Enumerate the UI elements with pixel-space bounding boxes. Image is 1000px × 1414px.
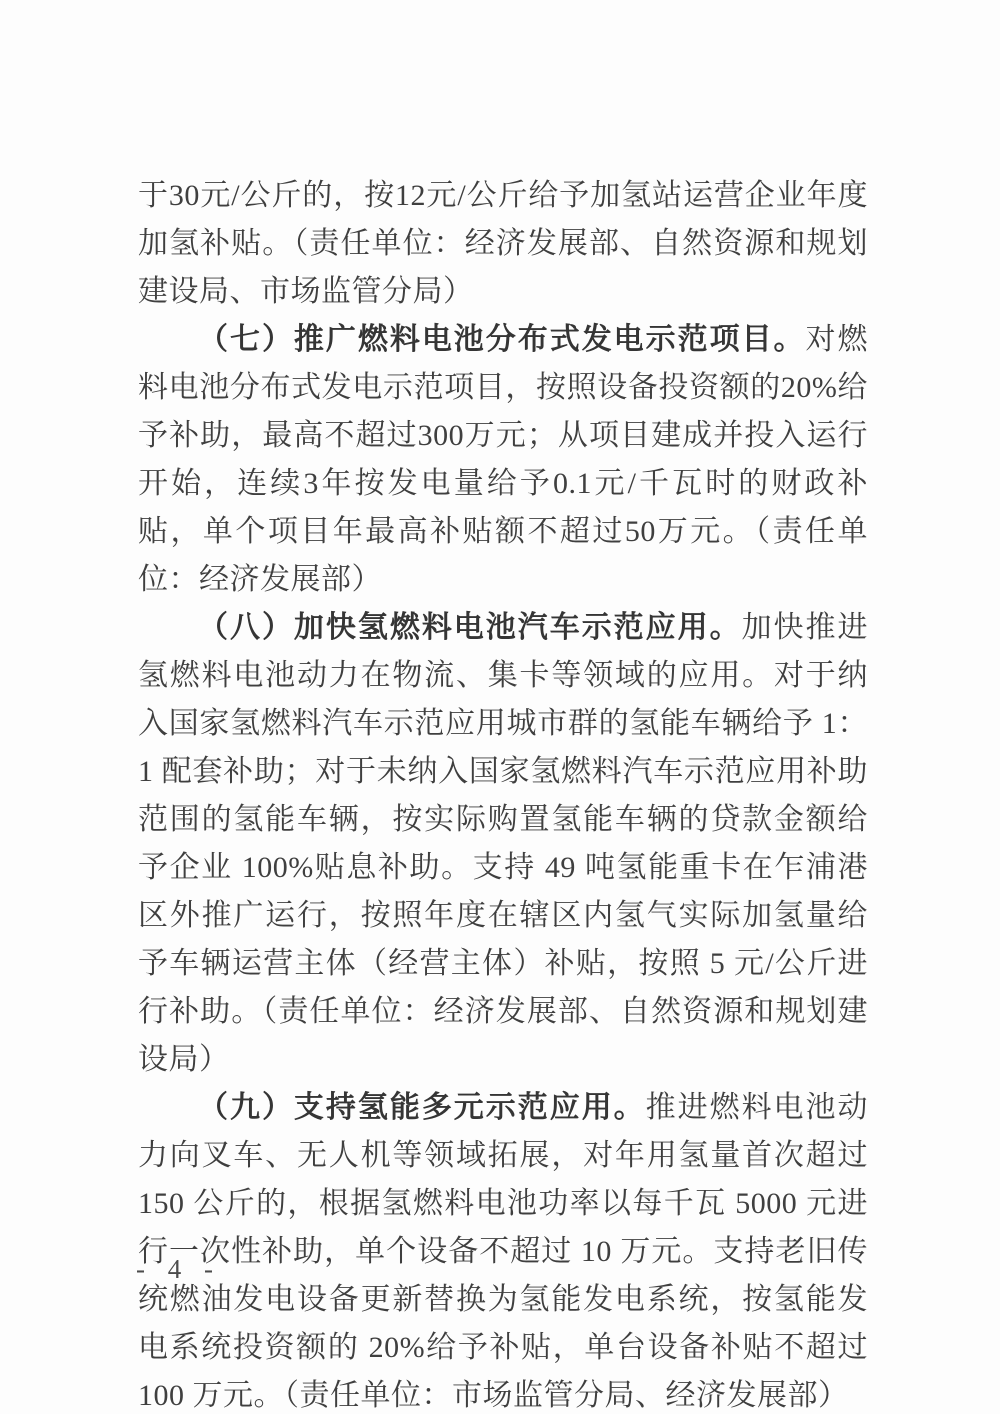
paragraph-item-9: （九）支持氢能多元示范应用。推进燃料电池动力向叉车、无人机等领域拓展，对年用氢量… [138,1084,868,1414]
document-body: 于30元/公斤的，按12元/公斤给予加氢站运营企业年度加氢补贴。（责任单位：经济… [138,172,868,1414]
paragraph-item-8: （八）加快氢燃料电池汽车示范应用。加快推进氢燃料电池动力在物流、集卡等领域的应用… [138,604,868,1084]
paragraph-item-7: （七）推广燃料电池分布式发电示范项目。对燃料电池分布式发电示范项目，按照设备投资… [138,316,868,604]
paragraph-text: 对燃料电池分布式发电示范项目，按照设备投资额的20%给予补助，最高不超过300万… [138,323,868,596]
paragraph-continuation: 于30元/公斤的，按12元/公斤给予加氢站运营企业年度加氢补贴。（责任单位：经济… [138,172,868,316]
paragraph-text: 推进燃料电池动力向叉车、无人机等领域拓展，对年用氢量首次超过 150 公斤的，根… [138,1091,868,1412]
paragraph-heading: （七）推广燃料电池分布式发电示范项目。 [198,323,806,356]
paragraph-text: 加快推进氢燃料电池动力在物流、集卡等领域的应用。对于纳入国家氢燃料汽车示范应用城… [138,611,868,1076]
paragraph-heading: （九）支持氢能多元示范应用。 [198,1091,646,1124]
document-page: 于30元/公斤的，按12元/公斤给予加氢站运营企业年度加氢补贴。（责任单位：经济… [0,0,1000,1414]
page-number: - 4 - [136,1254,221,1285]
paragraph-heading: （八）加快氢燃料电池汽车示范应用。 [198,611,742,644]
paragraph-text: 于30元/公斤的，按12元/公斤给予加氢站运营企业年度加氢补贴。（责任单位：经济… [138,179,868,308]
